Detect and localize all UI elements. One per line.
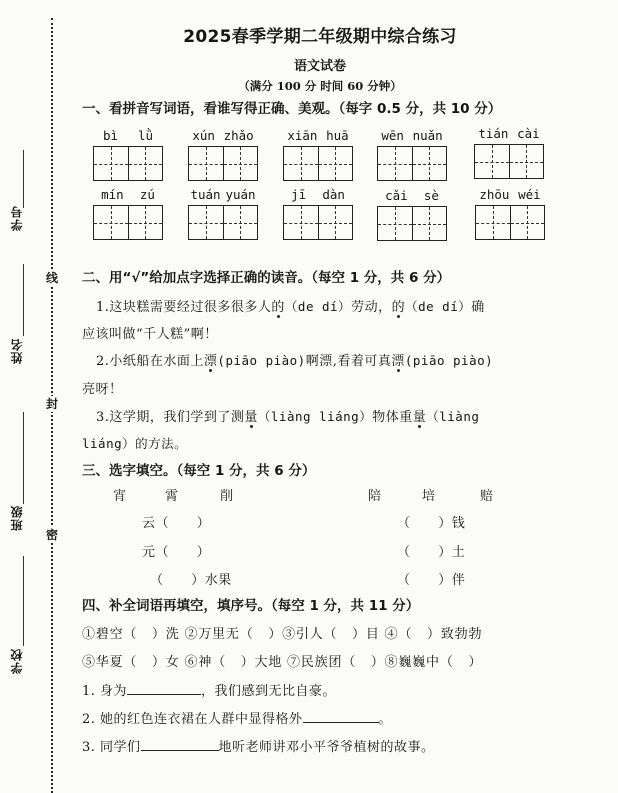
- writing-grid[interactable]: [283, 205, 353, 240]
- section2-heading: 二、用“√”给加点字选择正确的读音。（每空 1 分，共 6 分）: [82, 266, 450, 286]
- cut-mark-mi: 密: [44, 527, 60, 543]
- cut-mark-feng: 封: [44, 396, 60, 412]
- q1-text: 确: [471, 300, 485, 315]
- writing-grid[interactable]: [188, 146, 258, 181]
- answer-blank[interactable]: [303, 710, 379, 723]
- writing-grid[interactable]: [93, 205, 163, 240]
- pinyin-syllable: tuán: [190, 187, 220, 203]
- section2-q3-line1: 3.这学期，我们学到了测量（liàng liáng）物体重量（liàng: [96, 406, 479, 425]
- section2-q1-line1: 1.这块糕需要经过很多很多人的（de dí）劳动，的（de dí）确: [96, 296, 485, 315]
- writing-grid[interactable]: [188, 205, 258, 240]
- pinyin-syllable: lǜ: [138, 128, 153, 144]
- name-label: 姓名: [8, 338, 25, 364]
- exam-subtitle: 语文试卷: [130, 55, 510, 74]
- pinyin-syllable: xiān: [287, 128, 317, 144]
- pinyin-syllable: mín: [101, 187, 124, 203]
- section4-sentence-1: 1. 身为，我们感到无比自豪。: [82, 680, 336, 699]
- school-label: 学校: [8, 648, 25, 674]
- class-label: 班级: [8, 505, 25, 531]
- writing-grid[interactable]: [377, 206, 447, 241]
- section4-words-row2[interactable]: ⑤华夏（ ）女 ⑥神（ ）大地 ⑦民族团（ ）⑧巍巍中（ ）: [82, 651, 482, 670]
- pinyin-syllable: wēn: [381, 128, 404, 144]
- writing-grid[interactable]: [474, 144, 544, 179]
- q3-text: 3.这学期，我们学到了测: [96, 410, 244, 425]
- writing-grid[interactable]: [93, 146, 163, 181]
- q1-text: 劳动，: [351, 300, 392, 315]
- pinyin-syllable: xún: [192, 128, 215, 144]
- pinyin-syllable: bì: [103, 128, 118, 144]
- pinyin-syllable: yuán: [225, 187, 255, 203]
- dotted-char: 量: [413, 410, 427, 425]
- dotted-char: 的: [271, 300, 285, 315]
- section1-heading: 一、看拼音写词语，看谁写得正确、美观。（每字 0.5 分，共 10 分）: [82, 97, 501, 117]
- student-id-line: [23, 150, 24, 208]
- name-field[interactable]: 姓名: [8, 338, 26, 364]
- pinyin-syllable: zhǎo: [224, 128, 254, 144]
- q2-text: 2.小纸船在水面上: [96, 354, 204, 369]
- fill-item-yun[interactable]: 云（ ）: [142, 512, 210, 531]
- pinyin-syllable: nuǎn: [413, 128, 443, 144]
- pinyin-syllable: dàn: [322, 187, 345, 203]
- sentence-text: 1. 身为: [82, 684, 127, 699]
- pinyin-syllable: huā: [326, 128, 349, 144]
- pinyin-box-jidan[interactable]: jīdàn: [283, 187, 353, 240]
- fill-item-shuiguo[interactable]: （ ）水果: [150, 569, 232, 588]
- q2-option-2[interactable]: (piāo piào): [405, 353, 493, 368]
- pinyin-box-zhouwei[interactable]: zhōuwéi: [475, 187, 545, 240]
- pinyin-syllable: tián: [478, 126, 508, 142]
- q1-option-2[interactable]: （de dí）: [405, 299, 471, 314]
- pinyin-box-tiancai[interactable]: tiáncài: [474, 126, 544, 179]
- answer-blank[interactable]: [127, 682, 201, 695]
- dotted-char: 的: [392, 300, 406, 315]
- pinyin-box-minzu[interactable]: mínzú: [93, 187, 163, 240]
- exam-meta: （满分 100 分 时间 60 分钟）: [130, 78, 510, 94]
- answer-blank[interactable]: [141, 738, 219, 751]
- q2-option-1[interactable]: (piāo piào): [217, 353, 305, 368]
- choice-char-pei3: 赔: [480, 485, 494, 504]
- fill-item-ban[interactable]: （ ）伴: [397, 569, 465, 588]
- sentence-text: 。: [379, 712, 393, 727]
- name-line: [23, 264, 24, 336]
- section2-q2-line2: 亮呀！: [82, 378, 123, 397]
- q3-option-1[interactable]: （liàng liáng）: [258, 409, 372, 424]
- section4-sentence-3: 3. 同学们地听老师讲邓小平爷爷植树的故事。: [82, 736, 435, 755]
- q1-text: 1.这块糕需要经过很多很多人: [96, 300, 271, 315]
- q1-option-1[interactable]: （de dí）: [285, 299, 351, 314]
- pinyin-syllable: jī: [291, 187, 306, 203]
- pinyin-box-tuanyuan[interactable]: tuányuán: [188, 187, 258, 240]
- pinyin-box-caise[interactable]: cǎisè: [377, 188, 447, 241]
- writing-grid[interactable]: [377, 146, 447, 181]
- section3-heading: 三、选字填空。（每空 1 分，共 6 分）: [82, 459, 315, 479]
- q3-option-2[interactable]: （liàng: [426, 409, 479, 424]
- pinyin-box-xunzhao[interactable]: xúnzhǎo: [188, 128, 258, 181]
- pinyin-syllable: zhōu: [479, 187, 509, 203]
- pinyin-syllable: cài: [517, 126, 540, 142]
- pinyin-syllable: sè: [424, 188, 439, 204]
- pinyin-syllable: wéi: [518, 187, 541, 203]
- dotted-char: 漂: [391, 354, 405, 369]
- pinyin-box-wennuan[interactable]: wēnnuǎn: [377, 128, 447, 181]
- pinyin-syllable: cǎi: [385, 188, 408, 204]
- section4-heading: 四、补全词语再填空，填序号。（每空 1 分，共 11 分）: [82, 594, 419, 614]
- exam-title: 2025春季学期二年级期中综合练习: [130, 22, 510, 47]
- choice-char-xue: 削: [220, 485, 234, 504]
- student-id-label: 学号: [8, 205, 25, 231]
- dotted-char: 量: [244, 410, 258, 425]
- writing-grid[interactable]: [283, 146, 353, 181]
- pinyin-box-bilu[interactable]: bìlǜ: [93, 128, 163, 181]
- section2-q3-line2: liáng）的方法。: [82, 434, 187, 452]
- class-line: [23, 412, 24, 504]
- sentence-text: 地听老师讲邓小平爷爷植树的故事。: [219, 740, 435, 755]
- class-field[interactable]: 班级: [8, 505, 26, 531]
- fill-item-qian[interactable]: （ ）钱: [397, 512, 465, 531]
- q3-text: 物体重: [372, 410, 413, 425]
- school-line: [23, 556, 24, 646]
- choice-char-pei1: 陪: [368, 485, 382, 504]
- sentence-text: 2. 她的红色连衣裙在人群中显得格外: [82, 712, 303, 727]
- fill-item-yuan[interactable]: 元（ ）: [142, 541, 210, 560]
- writing-grid[interactable]: [475, 205, 545, 240]
- fill-item-tu[interactable]: （ ）土: [397, 541, 465, 560]
- choice-char-pei2: 培: [422, 485, 436, 504]
- choice-char-xiao2: 霄: [165, 485, 179, 504]
- section2-q1-line2: 应该叫做“千人糕”啊！: [82, 323, 218, 342]
- cut-mark-xian: 线: [44, 270, 60, 286]
- choice-char-xiao1: 宵: [113, 485, 127, 504]
- section2-q2-line1: 2.小纸船在水面上漂(piāo piào)啊漂,看着可真漂(piāo piào): [96, 350, 493, 369]
- section4-sentence-2: 2. 她的红色连衣裙在人群中显得格外。: [82, 708, 392, 727]
- sentence-text: 3. 同学们: [82, 740, 141, 755]
- sentence-text: ，我们感到无比自豪。: [201, 684, 336, 699]
- dotted-char: 漂: [204, 354, 218, 369]
- student-id-field[interactable]: 学号: [8, 205, 26, 231]
- q2-text: 啊漂,看着可真: [306, 354, 392, 369]
- pinyin-syllable: zú: [140, 187, 155, 203]
- section4-words-row1[interactable]: ①碧空（ ）洗 ②万里无（ ）③引人（ ）目 ④（ ）致勃勃: [82, 623, 482, 642]
- pinyin-box-xianhua[interactable]: xiānhuā: [283, 128, 353, 181]
- school-field[interactable]: 学校: [8, 648, 26, 674]
